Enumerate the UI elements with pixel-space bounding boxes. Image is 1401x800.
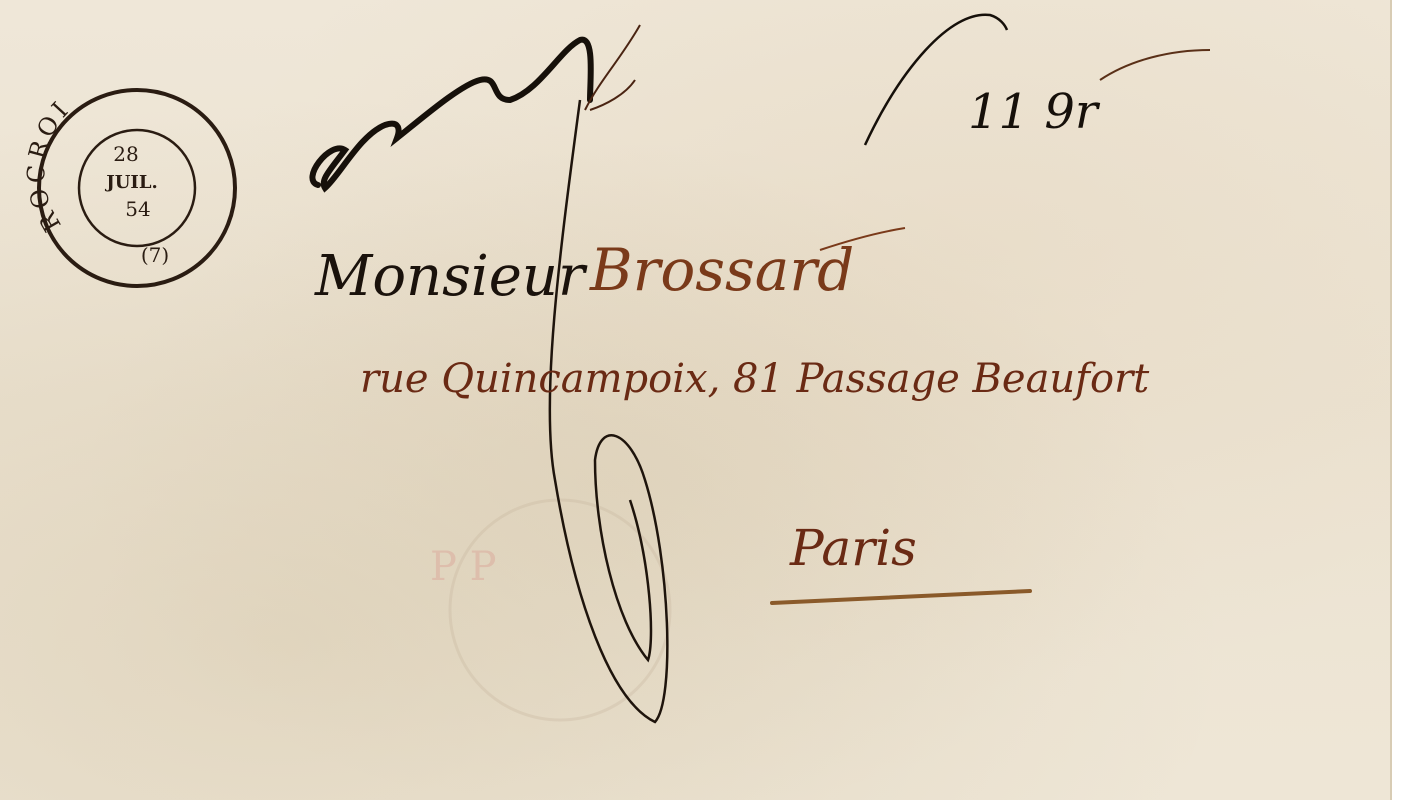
address-city: Paris [789,519,917,577]
postmark-day: 28 [113,142,138,166]
letter-ink-layer: P P ROCROI 28 JUIL. 54 (7) 11 9r Monsieu… [0,0,1401,800]
faded-stamp: P P [430,500,670,720]
postmark-year: 54 [125,197,150,221]
postmark-month: JUIL. [104,172,158,193]
city-underline [772,591,1030,603]
annotation-top-right: 11 9r [968,84,1101,140]
address-street: rue Quincampoix, 81 Passage Beaufort [360,356,1150,402]
large-numeral-six [550,100,668,722]
postmark-department: (7) [141,243,169,267]
ink-flourish-top [312,40,590,188]
svg-text:P P: P P [430,544,497,590]
address-name: Brossard [589,236,854,304]
postmark-stamp: ROCROI 28 JUIL. 54 (7) [22,90,235,286]
address-salutation: Monsieur [314,244,588,309]
postmark-town: ROCROI [22,94,76,237]
